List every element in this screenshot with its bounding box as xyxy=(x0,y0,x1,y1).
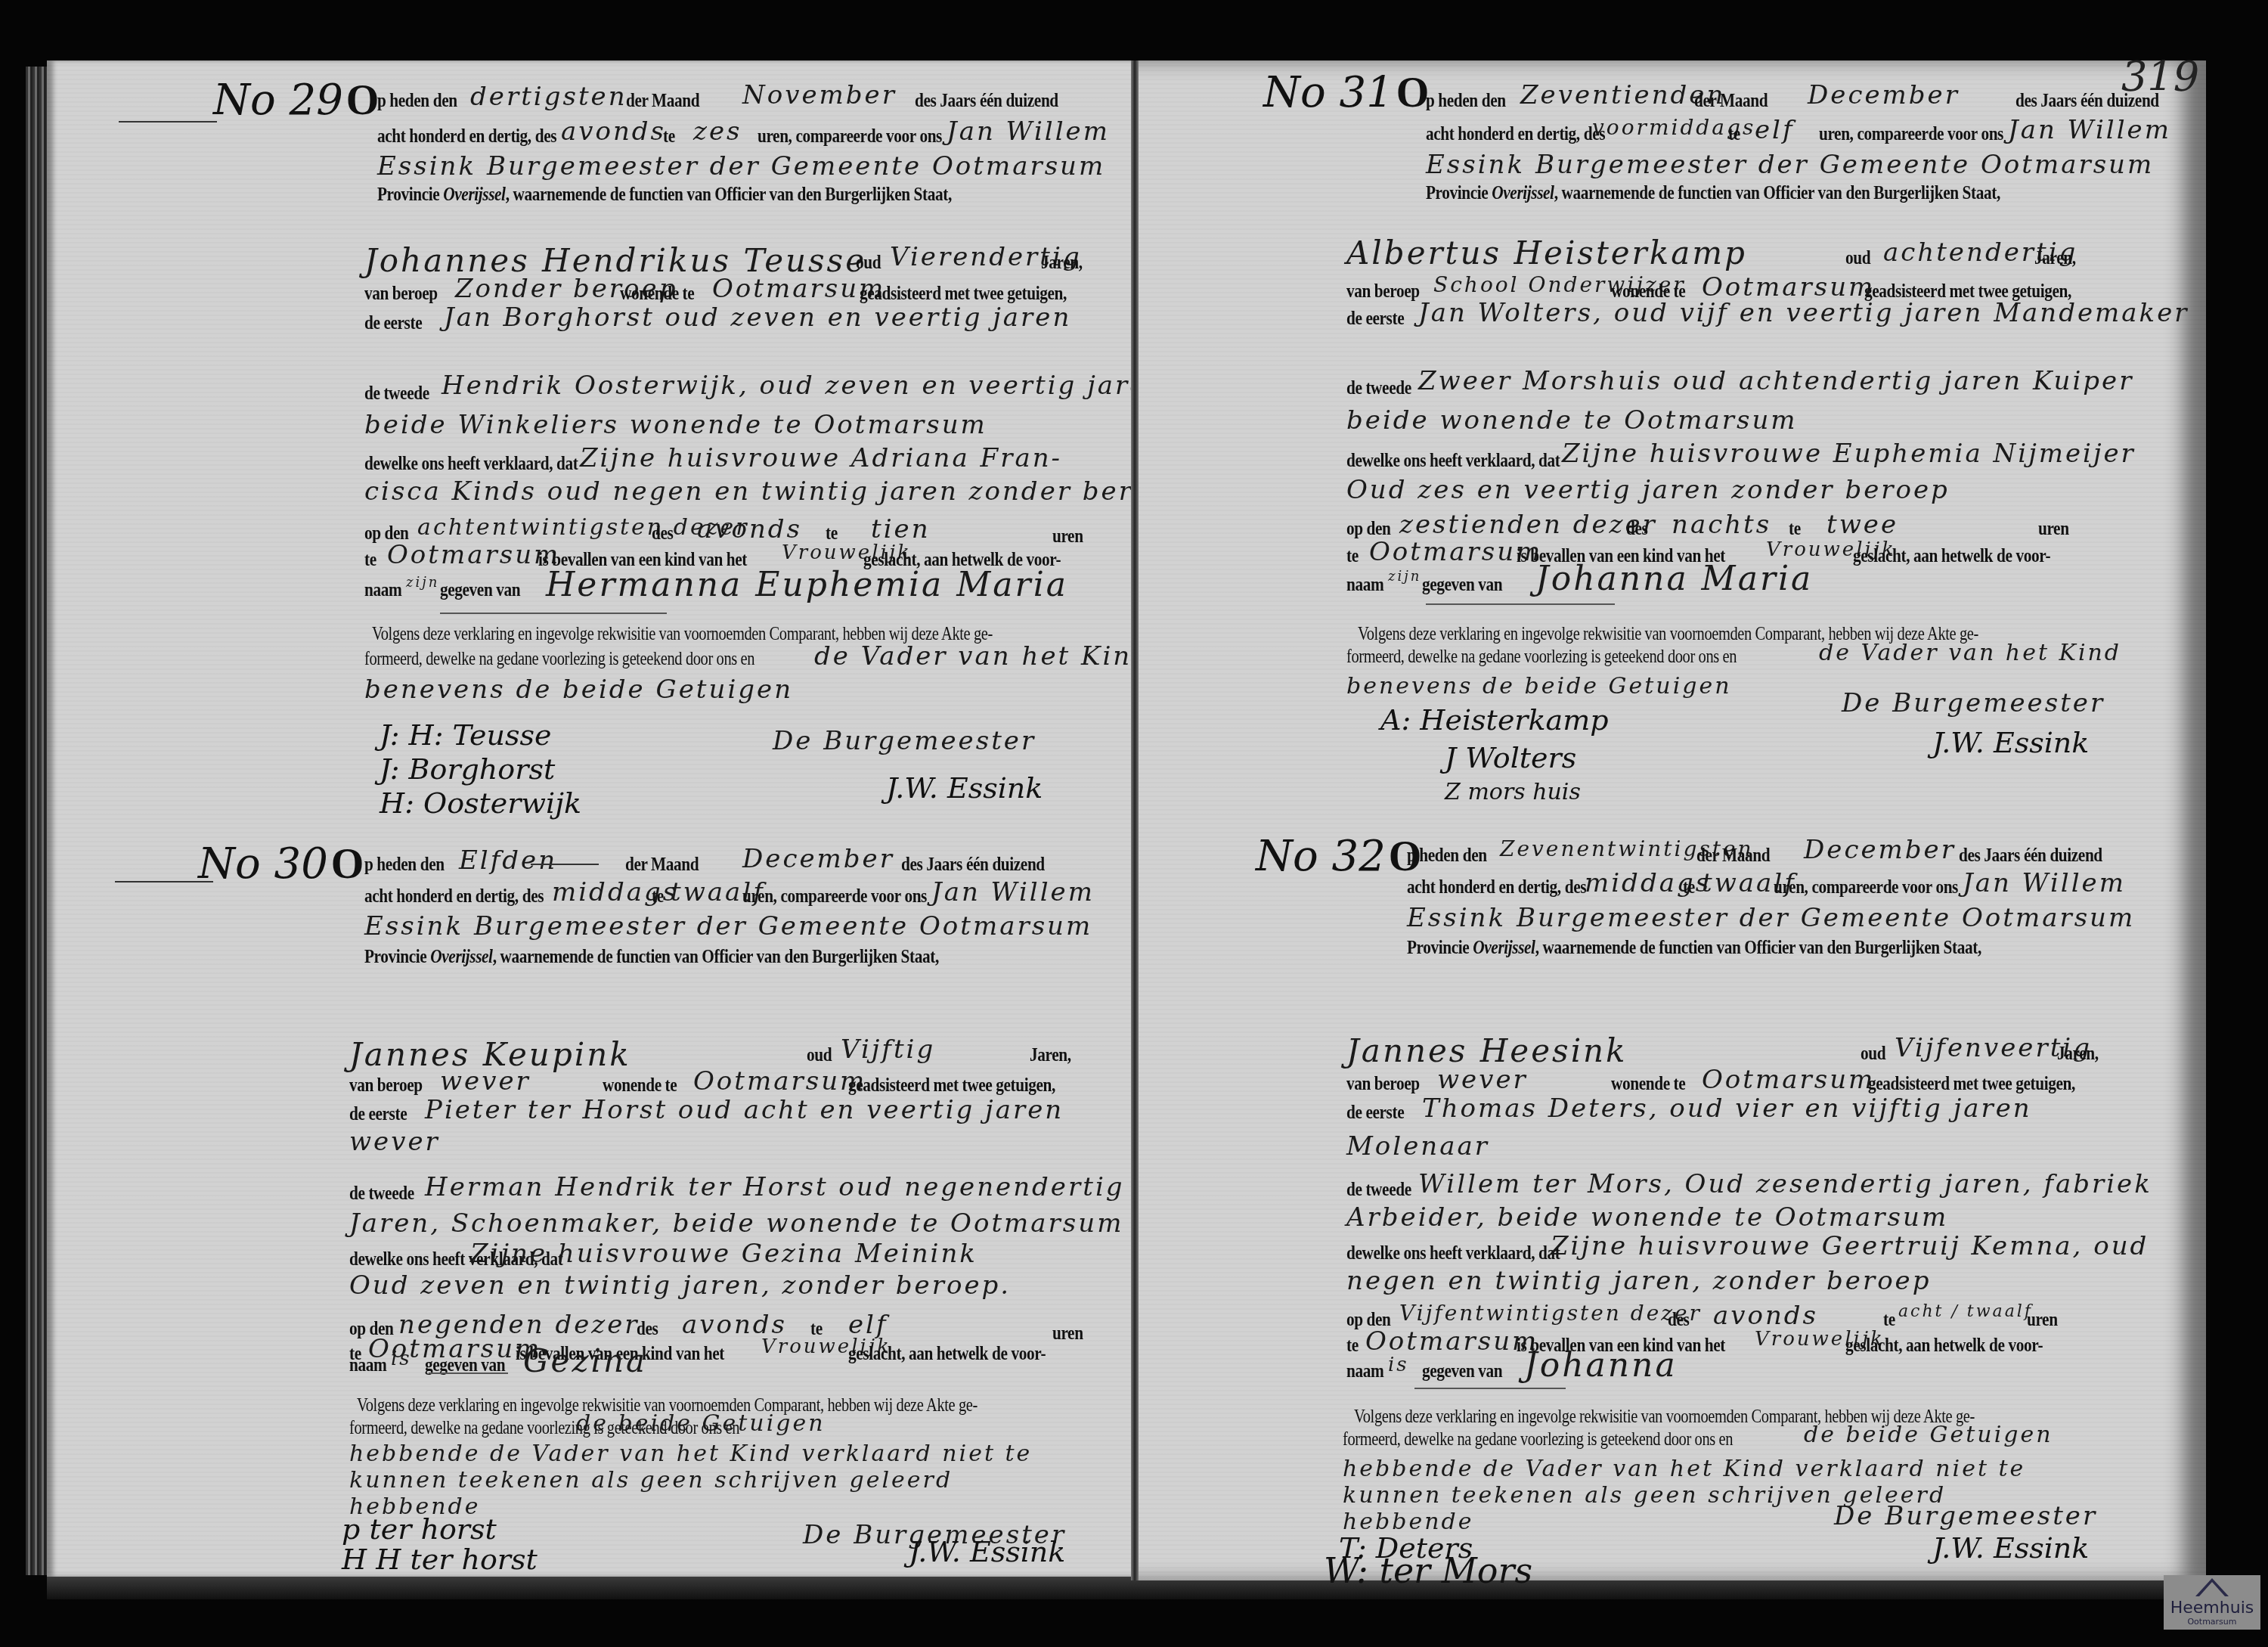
entry-31: No 31 O p heden den Zeventienden der Maa… xyxy=(1139,60,2206,817)
birth-hour: twee xyxy=(1826,510,1898,540)
birth-day: Vijfentwintigsten dezer xyxy=(1399,1301,1702,1326)
mother-name: Zijne huisvrouwe Euphemia Nijmeijer xyxy=(1562,439,2136,469)
month-value: December xyxy=(742,844,894,874)
signature: p ter horst xyxy=(342,1512,497,1546)
father-age: Vijftig xyxy=(841,1034,935,1065)
mayor-title: De Burgemeester xyxy=(1834,1501,2097,1531)
book-page-edges xyxy=(26,67,47,1575)
witness-1: Jan Borghorst oud zeven en veertig jaren xyxy=(444,302,1071,333)
mayor-title: De Burgemeester xyxy=(773,726,1036,756)
father-occupation: wever xyxy=(1437,1065,1528,1095)
month-value: December xyxy=(1808,80,1960,110)
mayor-name: Essink Burgemeester der Gemeente Ootmars… xyxy=(377,151,1105,181)
month-value: November xyxy=(742,80,897,110)
mayor-signature: J.W. Essink xyxy=(1932,1531,2089,1565)
signed-by: de beide Getuigen xyxy=(576,1410,826,1437)
father-occupation: wever xyxy=(440,1066,531,1096)
child-name: Johanna xyxy=(1524,1346,1678,1385)
hour-value: elf xyxy=(1755,115,1795,145)
entry-number: No 31 xyxy=(1263,68,1393,117)
entry-30: No 30 O p heden den Elfden der Maand Dec… xyxy=(47,817,1136,1573)
witness-2: Willem ter Mors, Oud zesendertig jaren, … xyxy=(1418,1169,2152,1199)
day-value: Elfden xyxy=(459,845,557,876)
signed-by: de beide Getuigen xyxy=(1804,1422,2053,1448)
birth-day: zestienden dezer xyxy=(1399,510,1657,540)
signature: W: ter Mors xyxy=(1324,1550,1532,1591)
right-page: 319 No 31 O p heden den Zeventienden der… xyxy=(1139,60,2206,1580)
mother-name: Zijne huisvrouwe Geertruij Kemna, oud xyxy=(1551,1231,2149,1261)
birth-hour: acht / twaalf xyxy=(1898,1302,2033,1321)
witness-2: Hendrik Oosterwijk, oud zeven en veertig… xyxy=(442,371,1166,401)
book-spine xyxy=(1131,60,1139,1580)
mother-name: Zijne huisvrouwe Adriana Fran- xyxy=(580,443,1062,473)
mayor-signature: J.W. Essink xyxy=(1932,726,2089,759)
entry-29: No 29 O p heden den dertigsten der Maand… xyxy=(47,60,1136,817)
signed-by: de Vader van het Kind xyxy=(814,641,1151,672)
hour-value: zes xyxy=(693,116,742,147)
witness-1: Jan Wolters, oud vijf en veertig jaren M… xyxy=(1418,298,2189,328)
heemhuis-watermark: Heemhuis Ootmarsum xyxy=(2164,1575,2260,1630)
father-name: Jannes Heesink xyxy=(1346,1032,1628,1069)
entry-number: No 32 xyxy=(1256,832,1386,881)
signed-by: de Vader van het Kind xyxy=(1819,640,2121,666)
birth-place: Ootmarsum xyxy=(1365,1326,1538,1357)
left-page: No 29 O p heden den dertigsten der Maand… xyxy=(47,60,1136,1577)
mayor-signature: J.W. Essink xyxy=(886,771,1043,805)
signature: J Wolters xyxy=(1445,741,1576,774)
mayor-name: Essink Burgemeester der Gemeente Ootmars… xyxy=(1426,150,2154,180)
witness-1: Thomas Deters, oud vier en vijftig jaren xyxy=(1422,1093,2032,1124)
house-roof-icon xyxy=(2195,1578,2229,1596)
mayor-signature: J.W. Essink xyxy=(909,1535,1065,1568)
entry-32: No 32 O p heden den Zevenentwintigsten d… xyxy=(1139,817,2206,1580)
residence: Ootmarsum xyxy=(1702,1065,1875,1095)
mayor-name: Essink Burgemeester der Gemeente Ootmars… xyxy=(1407,903,2135,933)
signature: A: Heisterkamp xyxy=(1380,703,1609,737)
birth-hour: tien xyxy=(871,514,931,544)
signature: J: H: Teusse xyxy=(380,718,551,752)
time-of-day: avonds xyxy=(561,116,666,147)
signature: Z mors huis xyxy=(1445,779,1581,805)
entry-number: No 29 xyxy=(213,76,343,125)
child-name: Johanna Maria xyxy=(1535,560,1813,598)
witness-2: Herman Hendrik ter Horst oud negenendert… xyxy=(425,1172,1125,1202)
month-value: December xyxy=(1804,835,1956,865)
father-name: Albertus Heisterkamp xyxy=(1346,234,1747,271)
signature: H H ter horst xyxy=(342,1543,538,1576)
signature: J: Borghorst xyxy=(380,752,555,786)
child-name: Hermanna Euphemia Maria xyxy=(546,566,1068,604)
witness-1: Pieter ter Horst oud acht en veertig jar… xyxy=(425,1095,1064,1125)
entry-number: No 30 xyxy=(198,839,328,889)
signature: H: Oosterwijk xyxy=(380,786,581,820)
mother-name: Zijne huisvrouwe Gezina Meinink xyxy=(470,1239,978,1269)
child-name: Gezina xyxy=(523,1342,647,1379)
day-value: dertigsten xyxy=(470,82,627,112)
mayor-name: Essink Burgemeester der Gemeente Ootmars… xyxy=(364,911,1092,941)
big-initial: O xyxy=(346,77,380,124)
birth-place: Ootmarsum xyxy=(387,540,560,570)
witness-2: Zweer Morshuis oud achtendertig jaren Ku… xyxy=(1418,366,2133,396)
mayor-title: De Burgemeester xyxy=(1842,688,2105,718)
residence: Ootmarsum xyxy=(693,1066,866,1096)
